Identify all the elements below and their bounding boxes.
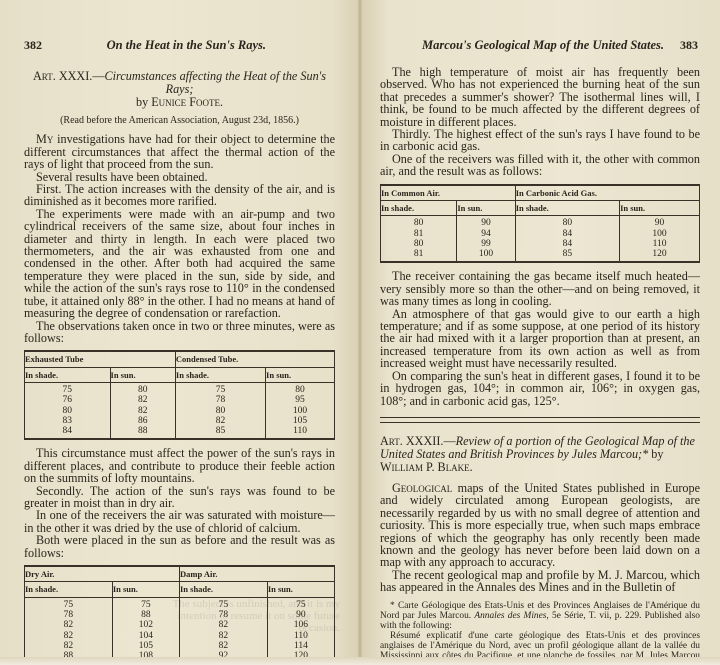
- column-header: In shade.: [175, 367, 265, 382]
- show-through-text: The subject is unfinished, and it is my …: [150, 598, 340, 634]
- column-header: In sun.: [110, 367, 175, 382]
- article-author: Eunice Foote.: [151, 95, 223, 109]
- paragraph: On comparing the sun's heat in different…: [380, 370, 700, 407]
- table-cell: 80: [381, 216, 457, 229]
- table-cell: 82: [175, 416, 265, 426]
- table-cell: 76: [25, 395, 111, 405]
- table-group-header: Exhausted Tube: [25, 351, 176, 367]
- page-number: 383: [680, 38, 698, 53]
- table-cell: 86: [110, 416, 175, 426]
- column-header: In shade.: [25, 582, 113, 597]
- table-cell: 85: [515, 249, 619, 262]
- table-row: 75807580: [25, 382, 335, 395]
- paragraph: Geological maps of the United States pub…: [380, 482, 700, 569]
- table-row: 819484100: [381, 229, 700, 239]
- table-row: 809984110: [381, 239, 700, 249]
- byline-prefix: by: [136, 95, 148, 109]
- footnote-paragraph: * Carte Géologique des Etats-Unis et des…: [380, 601, 700, 631]
- table-cell: 80: [515, 216, 619, 229]
- byline-prefix: by: [651, 447, 663, 461]
- right-page-body: The high temperature of moist air has fr…: [380, 66, 700, 665]
- table-cell: 82: [110, 406, 175, 416]
- right-page: Marcou's Geological Map of the United St…: [360, 0, 720, 665]
- paragraph: An atmosphere of that gas would give to …: [380, 308, 700, 370]
- table-cell: 120: [620, 249, 700, 262]
- table-cell: 105: [266, 416, 335, 426]
- table-group-header: In Common Air.: [381, 185, 516, 201]
- table-cell: 85: [175, 426, 265, 439]
- table-common-air-vs-carbonic-acid: In Common Air. In Carbonic Acid Gas. In …: [380, 184, 700, 264]
- paragraph: Thirdly. The highest effect of the sun's…: [380, 128, 700, 153]
- table-cell: 75: [25, 597, 113, 610]
- table-cell: 114: [267, 641, 334, 651]
- paragraph: First. The action increases with the den…: [24, 183, 335, 208]
- table-cell: 80: [25, 406, 111, 416]
- table-cell: 94: [457, 229, 515, 239]
- table-cell: 82: [25, 620, 113, 630]
- table-cell: 82: [110, 395, 175, 405]
- article-author: William P. Blake.: [380, 460, 473, 474]
- paragraph: In one of the receivers the air was satu…: [24, 509, 335, 534]
- table-group-header: Dry Air.: [25, 566, 180, 582]
- table-cell: 105: [112, 641, 179, 651]
- table-row: 838682105: [25, 416, 335, 426]
- table-cell: 78: [175, 395, 265, 405]
- column-header: In sun.: [267, 582, 334, 597]
- column-header: In sun.: [266, 367, 335, 382]
- table-cell: 80: [266, 382, 335, 395]
- table-cell: 95: [266, 395, 335, 405]
- paragraph: The recent geological map and profile by…: [380, 569, 700, 594]
- table-cell: 81: [381, 249, 457, 262]
- section-divider: [380, 417, 700, 423]
- table-cell: 84: [515, 229, 619, 239]
- paragraph: The observations taken once in two or th…: [24, 320, 335, 345]
- column-header: In sun.: [457, 200, 515, 215]
- table-cell: 110: [620, 239, 700, 249]
- paragraph: Secondly. The action of the sun's rays w…: [24, 485, 335, 510]
- table-cell: 82: [25, 641, 113, 651]
- left-page: 382 On the Heat in the Sun's Rays. Art. …: [0, 0, 360, 665]
- page-number: 382: [24, 38, 42, 53]
- column-header: In shade.: [25, 367, 111, 382]
- column-header: In shade.: [381, 200, 457, 215]
- left-running-head: 382 On the Heat in the Sun's Rays.: [24, 38, 336, 53]
- column-header: In shade.: [515, 200, 619, 215]
- paragraph: My investigations have had for their obj…: [24, 133, 335, 170]
- paragraph: The receiver containing the gas became i…: [380, 270, 700, 307]
- column-header: In shade.: [179, 582, 267, 597]
- article-title: Circumstances affecting the Heat of the …: [105, 69, 327, 96]
- paragraph: The experiments were made with an air-pu…: [24, 208, 335, 320]
- table-cell: 90: [620, 216, 700, 229]
- table-cell: 81: [381, 229, 457, 239]
- left-page-body: Art. XXXI.—Circumstances affecting the H…: [24, 70, 335, 665]
- table-cell: 80: [381, 239, 457, 249]
- table-group-header: Condensed Tube.: [175, 351, 334, 367]
- table-cell: 100: [457, 249, 515, 262]
- table-cell: 88: [110, 426, 175, 439]
- paragraph: Both were placed in the sun as before an…: [24, 534, 335, 559]
- table-cell: 83: [25, 416, 111, 426]
- running-head-title: On the Heat in the Sun's Rays.: [107, 38, 266, 53]
- table-row: 80908090: [381, 216, 700, 229]
- right-running-head: Marcou's Geological Map of the United St…: [380, 38, 698, 53]
- table-cell: 80: [110, 382, 175, 395]
- table-group-header: In Carbonic Acid Gas.: [515, 185, 699, 201]
- table-cell: 78: [25, 610, 113, 620]
- book-gutter: [358, 0, 362, 665]
- table-cell: 82: [25, 631, 113, 641]
- column-header: In sun.: [620, 200, 700, 215]
- footnote: * Carte Géologique des Etats-Unis et des…: [380, 601, 700, 665]
- table-cell: 100: [266, 406, 335, 416]
- table-cell: 99: [457, 239, 515, 249]
- paragraph: One of the receivers was filled with it,…: [380, 153, 700, 178]
- article-heading: Art. XXXI.—Circumstances affecting the H…: [24, 70, 335, 109]
- table-row: 848885110: [25, 426, 335, 439]
- table-row: 8210582114: [25, 641, 335, 651]
- table-cell: 110: [266, 426, 335, 439]
- table-cell: 75: [175, 382, 265, 395]
- table-cell: 100: [620, 229, 700, 239]
- article-number: Art. XXXI.: [33, 69, 92, 83]
- scan-edge: [0, 657, 720, 665]
- running-head-title: Marcou's Geological Map of the United St…: [422, 38, 664, 53]
- table-cell: 82: [179, 641, 267, 651]
- paragraph: This circumstance must affect the power …: [24, 447, 335, 484]
- article-number: Art. XXXII.: [380, 434, 443, 448]
- table-row: 8110085120: [381, 249, 700, 262]
- table-cell: 75: [25, 382, 111, 395]
- paragraph: The high temperature of moist air has fr…: [380, 66, 700, 128]
- article-heading: Art. XXXII.—Review of a portion of the G…: [380, 435, 700, 474]
- table-cell: 84: [25, 426, 111, 439]
- table-cell: 90: [457, 216, 515, 229]
- table-row: 76827895: [25, 395, 335, 405]
- table-cell: 80: [175, 406, 265, 416]
- column-header: In sun.: [112, 582, 179, 597]
- table-exhausted-vs-condensed: Exhausted Tube Condensed Tube. In shade.…: [24, 350, 335, 440]
- book-spread: 382 On the Heat in the Sun's Rays. Art. …: [0, 0, 720, 665]
- table-cell: 84: [515, 239, 619, 249]
- table-group-header: Damp Air.: [179, 566, 334, 582]
- table-row: 808280100: [25, 406, 335, 416]
- read-note: (Read before the American Association, A…: [24, 115, 335, 127]
